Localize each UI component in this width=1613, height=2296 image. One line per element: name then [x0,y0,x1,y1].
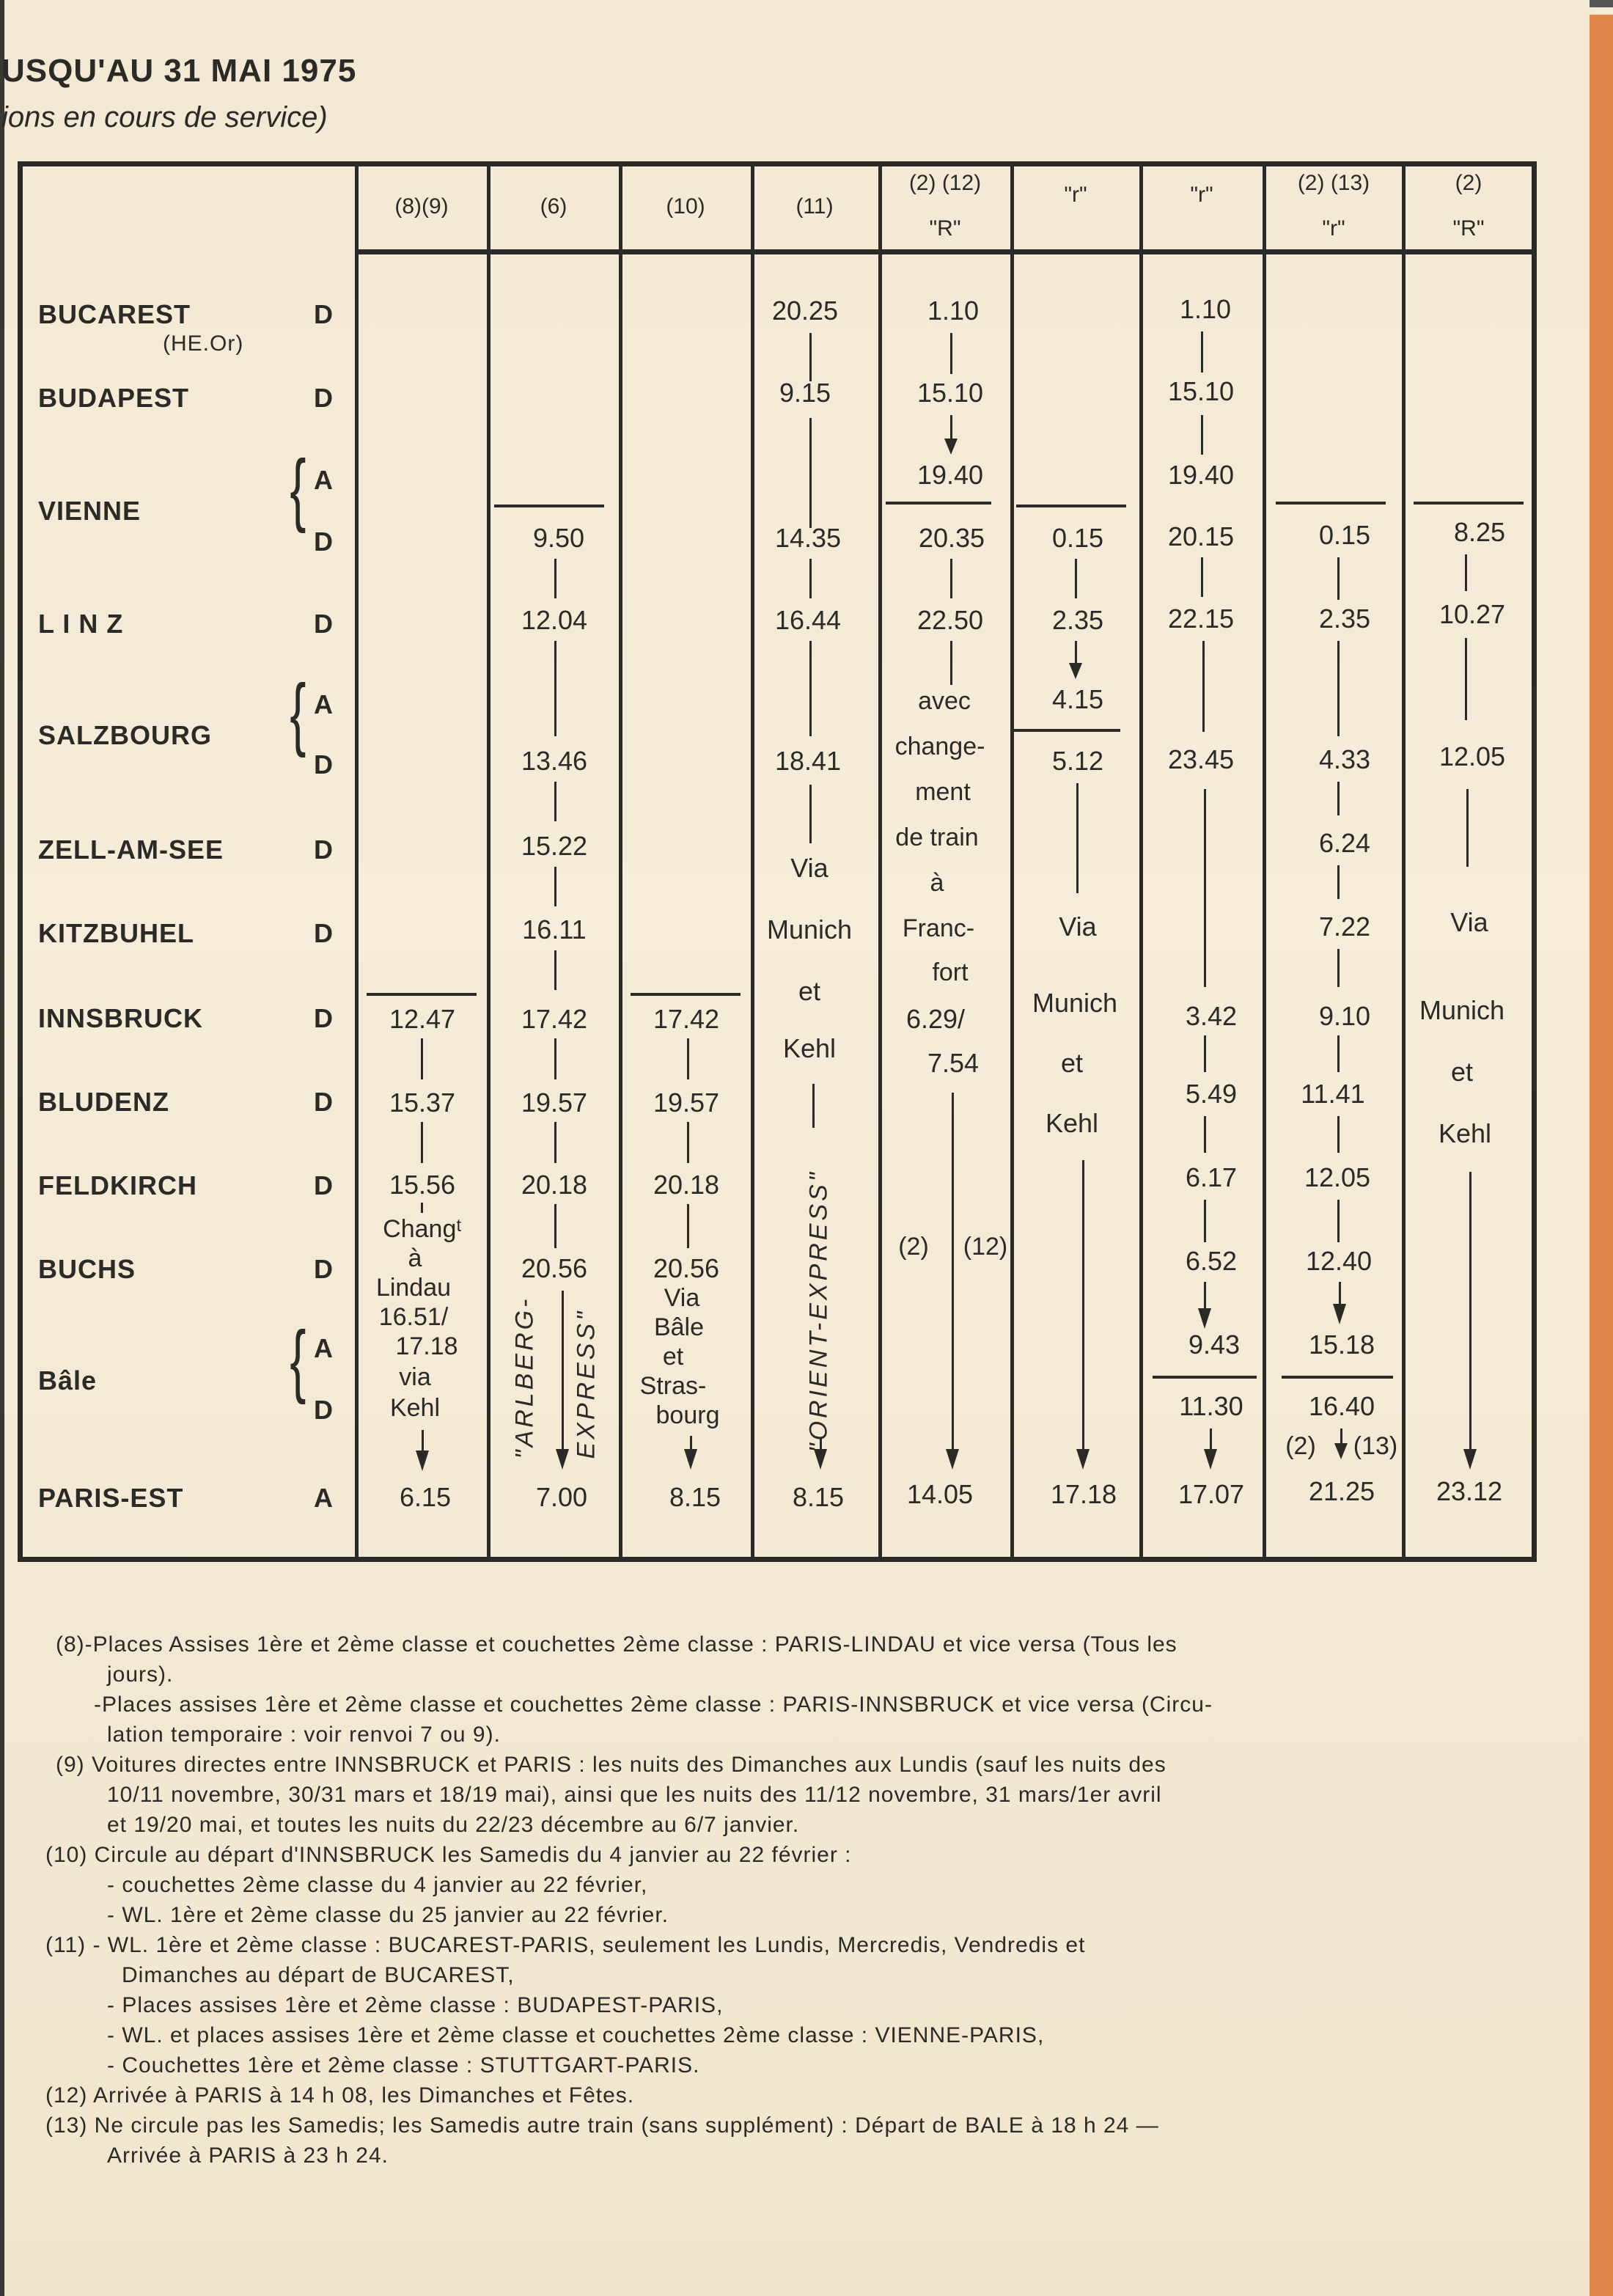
time-cell: 1.10 [1142,295,1268,324]
note-text: à [874,868,1000,898]
start-line [1016,505,1126,507]
footnote-line: jours). [56,1659,1507,1690]
continue-line [554,559,556,598]
change-line [1282,1376,1393,1379]
time-cell: 6.29/ [872,1005,999,1034]
arr-dep-flag: D [314,1254,333,1285]
start-line [367,993,477,996]
continue-line [812,1084,815,1128]
route-note: et [1399,1057,1525,1087]
arrow-down-icon [946,1449,959,1470]
time-cell: 17.42 [491,1005,617,1034]
continue-line [554,782,556,821]
time-cell: 16.40 [1279,1392,1405,1421]
time-cell: 15.10 [1138,377,1264,406]
arrow-down-icon [684,1449,697,1470]
time-cell: 6.52 [1148,1247,1274,1276]
continue-line [1337,865,1340,899]
continue-line [554,1122,556,1163]
footnote-line: 10/11 novembre, 30/31 mars et 18/19 mai)… [56,1780,1507,1810]
arr-dep-flag: D [314,609,333,639]
time-cell: 12.40 [1276,1247,1402,1276]
route-note: Kehl [1402,1119,1528,1148]
arrow-down-icon [556,1449,569,1470]
column-header: "r" [1013,180,1138,210]
route-note: Via [746,854,872,883]
change-line [1013,729,1120,732]
column-divider [878,161,882,1562]
time-cell: 20.18 [623,1170,749,1200]
route-note: Via [1015,912,1141,942]
route-note: Munich [1399,996,1525,1025]
time-cell: 2.35 [1282,604,1408,634]
start-line [1414,502,1524,505]
station-feldkirch: FELDKIRCH [38,1170,197,1201]
note-text: Via [619,1283,745,1313]
brace-icon: { [290,1320,306,1401]
left-edge-shadow [0,0,4,2296]
column-header: (11) [752,192,877,221]
arr-dep-flag: A [314,1483,333,1514]
note-text: Franc- [875,914,1002,943]
continue-line [809,785,812,843]
time-cell: 15.56 [359,1170,485,1200]
note-text: Lindau [350,1273,477,1302]
note-text: 17.18 [364,1332,490,1361]
footnote-ref: (12) [922,1232,1048,1261]
arrow-down-icon [416,1450,429,1471]
continue-line [421,1203,423,1213]
arrow-down-icon [1076,1449,1090,1470]
arr-dep-flag: D [314,1003,333,1034]
continue-line [1337,1116,1340,1153]
station-buchs: BUCHS [38,1254,136,1285]
time-cell: 15.18 [1279,1330,1405,1360]
footnote-line: (12) Arrivée à PARIS à 14 h 08, les Dima… [45,2080,1507,2110]
time-cell: 10.27 [1409,600,1535,629]
column-divider [1010,161,1014,1562]
continue-line [1465,638,1467,720]
time-cell: 5.12 [1015,747,1141,776]
continue-line [1075,559,1077,598]
continue-line [421,1122,423,1163]
change-line [1153,1376,1257,1379]
continue-line [950,333,952,374]
orange-page-edge [1590,15,1613,2296]
station-paris-est: PARIS-EST [38,1483,183,1514]
route-note: Munich [746,915,872,945]
arrow-shaft [422,1430,424,1452]
time-cell: 0.15 [1015,524,1141,553]
column-header-sub: "r" [1271,214,1396,243]
station-vienne: VIENNE [38,496,141,527]
arrow-down-icon [1198,1308,1211,1329]
time-cell: 7.22 [1282,912,1408,942]
change-line [886,502,991,505]
continue-line [1337,641,1340,736]
time-cell: 21.25 [1279,1477,1405,1506]
arr-dep-flag: D [314,527,333,557]
footnote-ref: (13) [1312,1431,1439,1461]
time-cell: 17.42 [623,1005,749,1034]
arr-dep-flag: A [314,465,333,496]
footnote-line: - WL. et places assises 1ère et 2ème cla… [56,2020,1507,2050]
continue-line [554,867,556,906]
arrow-down-icon [944,439,958,455]
continue-line [1337,782,1340,815]
start-line [631,993,741,996]
continue-line [554,641,556,736]
time-cell: 17.07 [1148,1480,1274,1509]
column-divider [1139,161,1143,1562]
continue-line [1076,783,1079,893]
column-header: (2) [1406,169,1531,198]
continue-line [1204,1035,1206,1072]
arrow-shaft [1210,1428,1212,1450]
time-cell: 12.47 [359,1005,485,1034]
arrow-shaft [562,1291,564,1450]
continue-line [1204,1116,1206,1153]
footnote-line: (13) Ne circule pas les Samedis; les Sam… [45,2110,1507,2141]
footnote-line: Dimanches au départ de BUCAREST, [56,1960,1507,1990]
route-note: et [746,977,872,1006]
arr-dep-flag: D [314,1087,333,1118]
station-kitzbuhel: KITZBUHEL [38,918,194,949]
continue-line [809,641,812,736]
footnote-line: (11) - WL. 1ère et 2ème classe : BUCARES… [45,1930,1507,1960]
arr-dep-flag: D [314,383,333,414]
time-cell: 23.12 [1406,1477,1532,1506]
time-cell: 19.57 [491,1088,617,1118]
time-cell: 23.45 [1138,745,1264,774]
time-cell: 4.33 [1282,745,1408,774]
time-cell: 16.11 [491,915,617,945]
continue-line [1202,641,1205,732]
arr-dep-flag: D [314,1170,333,1201]
route-note: Kehl [1009,1109,1135,1138]
continue-line [809,418,812,528]
arrow-shaft [952,1093,954,1450]
time-cell: 0.15 [1282,521,1408,550]
continue-line [1337,1035,1340,1072]
footnote-line: Arrivée à PARIS à 23 h 24. [56,2141,1507,2171]
footnote-line: et 19/20 mai, et toutes les nuits du 22/… [56,1810,1507,1840]
time-cell: 2.35 [1015,606,1141,635]
column-header-sub: "R" [1406,214,1531,243]
time-cell: 15.37 [359,1088,485,1118]
note-text: avec [881,686,1007,716]
train-name-arlberg: "ARLBERG- [511,1298,540,1459]
time-cell: 11.30 [1148,1392,1274,1421]
footnote-line: (10) Circule au départ d'INNSBRUCK les S… [45,1840,1507,1870]
continue-line [554,950,556,990]
time-cell: 14.35 [745,524,871,553]
time-cell: 17.18 [1021,1480,1147,1509]
arrow-down-icon [814,1449,827,1470]
station-bucarest: BUCAREST [38,299,191,330]
time-cell: 11.41 [1270,1079,1396,1109]
arrow-down-icon [1463,1449,1477,1470]
footnote-line: - WL. 1ère et 2ème classe du 25 janvier … [56,1900,1507,1930]
continue-line [687,1122,689,1163]
column-header: "r" [1139,180,1264,210]
continue-line [1201,415,1203,455]
arr-dep-flag: D [314,299,333,330]
arr-dep-flag: D [314,918,333,949]
route-note: Kehl [746,1034,872,1063]
time-cell: 20.25 [742,296,868,326]
start-line [494,505,604,507]
station-salzbourg: SALZBOURG [38,720,212,751]
time-cell: 20.56 [623,1254,749,1283]
time-cell: 22.50 [887,606,1013,635]
arrow-shaft [1082,1160,1084,1450]
route-note: Via [1406,908,1532,937]
arr-dep-flag: A [314,689,333,720]
footnote-line: - Couchettes 1ère et 2ème classe : STUTT… [56,2050,1507,2080]
time-cell: 15.22 [491,832,617,861]
arr-dep-flag: D [314,1395,333,1426]
arrow-down-icon [1069,663,1082,679]
note-text: bourg [625,1401,751,1430]
station-bludenz: BLUDENZ [38,1087,169,1118]
note-text: à [352,1244,478,1273]
time-cell: 12.05 [1274,1163,1400,1192]
continue-line [1337,557,1340,600]
time-cell: 20.56 [491,1254,617,1283]
note-text: fort [887,958,1013,987]
time-cell: 19.57 [623,1088,749,1118]
time-cell: 20.15 [1138,522,1264,551]
train-name-express: EXPRESS" [573,1298,601,1459]
time-cell: 8.15 [632,1483,758,1512]
station-bucarest-note: (HE.Or) [163,331,243,356]
note-text: 16.51/ [350,1302,477,1332]
station-zell-am-see: ZELL-AM-SEE [38,835,224,865]
time-cell: 22.15 [1138,604,1264,634]
continue-line [1204,1200,1206,1242]
arrow-down-icon [1333,1304,1346,1324]
time-cell: 6.17 [1148,1163,1274,1192]
time-cell: 15.10 [887,378,1013,408]
note-text: Bâle [616,1313,742,1342]
time-cell: 20.18 [491,1170,617,1200]
continue-line [950,559,952,598]
time-cell: 4.15 [1015,685,1141,714]
time-cell: 12.05 [1409,742,1535,771]
continue-line [687,1038,689,1079]
continue-line [1201,331,1203,373]
arr-dep-flag: D [314,749,333,780]
page-subtitle: ions en cours de service) [1,101,328,134]
time-cell: 14.05 [877,1480,1003,1509]
continue-line [554,1038,556,1079]
column-header: (8)(9) [359,192,484,221]
time-cell: 7.00 [499,1483,625,1512]
arrow-shaft [1339,1282,1341,1307]
column-header: (2) (13) [1271,169,1396,198]
route-note: Munich [1012,989,1138,1018]
footnote-line: - Places assises 1ère et 2ème classe : B… [56,1990,1507,2020]
start-line [1276,502,1386,505]
arrow-down-icon [1204,1449,1217,1470]
footnote-line: (9) Voitures directes entre INNSBRUCK et… [56,1750,1507,1780]
time-cell: 9.10 [1282,1002,1408,1031]
continue-line [1201,557,1203,597]
continue-line [687,1204,689,1248]
continue-line [950,641,952,685]
continue-line [1337,1200,1340,1242]
note-text: de train [874,823,1000,852]
continue-line [421,1038,423,1079]
footnotes: (8)-Places Assises 1ère et 2ème classe e… [56,1629,1507,2171]
continue-line [1465,554,1467,591]
continue-line [1204,789,1206,987]
time-cell: 8.15 [755,1483,881,1512]
time-cell: 19.40 [1138,461,1264,490]
footnote-line: lation temporaire : voir renvoi 7 ou 9). [56,1720,1507,1750]
note-text: et [610,1342,736,1371]
arrow-shaft [1469,1172,1471,1450]
column-header-sub: "R" [883,214,1007,243]
time-cell: 6.15 [362,1483,488,1512]
arr-dep-flag: D [314,835,333,865]
continue-line [809,559,812,598]
footnote-line: -Places assises 1ère et 2ème classe et c… [56,1690,1507,1720]
time-cell: 1.10 [890,296,1016,326]
continue-line [809,333,812,381]
brace-icon: { [290,673,306,754]
time-cell: 18.41 [745,747,871,776]
note-text: change- [877,732,1003,761]
column-header: (2) (12) [883,169,1007,198]
footnote-line: (8)-Places Assises 1ère et 2ème classe e… [56,1629,1507,1659]
top-edge-shadow [1590,0,1613,7]
route-note: et [1009,1049,1135,1078]
time-cell: 8.25 [1417,518,1543,547]
note-text: Kehl [352,1393,478,1423]
time-cell: 12.04 [491,606,617,635]
column-header: (6) [491,192,616,221]
note-text: Changᵗ [359,1214,485,1244]
continue-line [1337,949,1340,987]
page-title: USQU'AU 31 MAI 1975 [1,53,356,89]
station-bale: Bâle [38,1365,97,1396]
arrow-shaft [1204,1282,1206,1311]
continue-line [1466,789,1469,867]
time-cell: 9.50 [496,524,622,553]
column-header: (10) [623,192,748,221]
time-cell: 5.49 [1148,1079,1274,1109]
time-cell: 6.24 [1282,829,1408,858]
time-cell: 7.54 [890,1049,1016,1078]
time-cell: 3.42 [1148,1002,1274,1031]
station-linz: L I N Z [38,609,123,639]
continue-line [554,1204,556,1248]
brace-icon: { [290,449,306,529]
note-text: via [352,1362,478,1392]
station-budapest: BUDAPEST [38,383,189,414]
note-text: Stras- [610,1371,736,1401]
arr-dep-flag: A [314,1333,333,1364]
station-innsbruck: INNSBRUCK [38,1003,203,1034]
time-cell: 13.46 [491,747,617,776]
train-name-orient-express: "ORIENT-EXPRESS" [805,1211,834,1453]
note-text: ment [880,777,1006,807]
footnote-line: - couchettes 2ème classe du 4 janvier au… [56,1870,1507,1900]
time-cell: 9.15 [742,378,868,408]
header-divider [356,249,1537,254]
time-cell: 16.44 [745,606,871,635]
time-cell: 9.43 [1151,1330,1277,1360]
time-cell: 19.40 [887,461,1013,490]
time-cell: 20.35 [889,524,1015,553]
column-divider [355,161,359,1562]
